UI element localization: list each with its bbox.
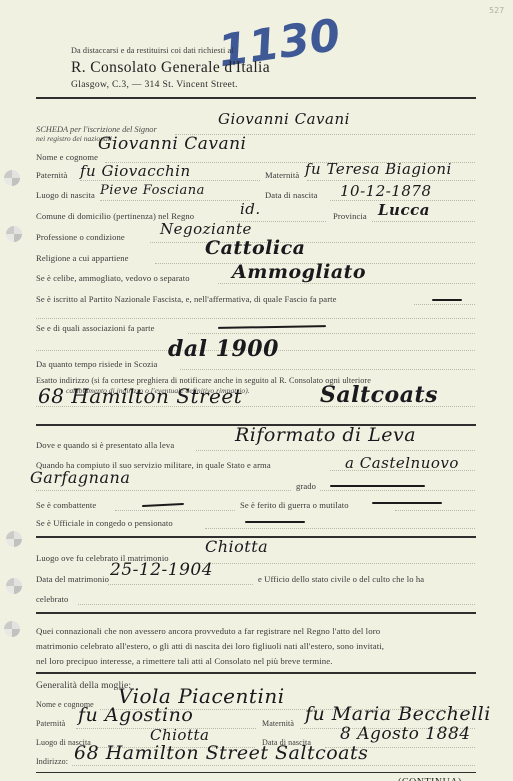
scheda-value: Giovanni Cavani [218,110,350,128]
notice-line-2: matrimonio celebrato all'estero, o gli a… [36,641,384,651]
combattente-value [142,503,184,508]
moglie-maternita-value: fu Maria Becchelli [305,703,491,725]
punch-hole [6,226,22,242]
paternita-value: fu Giovacchin [80,162,191,180]
moglie-maternita-label: Maternità [262,719,294,728]
punch-hole [6,578,22,594]
partito-label: Se è iscritto al Partito Nazionale Fasci… [36,294,337,304]
moglie-indirizzo-label: Indirizzo: [36,757,68,766]
ufficiale-value [245,521,305,523]
partito-value [432,299,462,301]
continua-label: (CONTINUA) [398,777,462,781]
maternita-value: fu Teresa Biagioni [305,160,452,178]
moglie-heading: Generalità della moglie: [36,680,131,691]
section-divider [36,672,476,674]
luogo-matrimonio-value: Chiotta [205,537,268,556]
provincia-label: Provincia [333,211,367,221]
indirizzo-city-value: Saltcoats [320,382,438,408]
data-matrimonio-label: Data del matrimonio [36,574,109,584]
paternita-label: Paternità [36,170,67,180]
scheda-label: SCHEDA per l'iscrizione del Signor [36,125,157,134]
punch-hole [4,170,20,186]
luogo-nascita-value: Pieve Fosciana [100,183,205,198]
nome-cognome-value: Giovanni Cavani [98,134,247,154]
residenza-value: dal 1900 [168,336,279,362]
moglie-indirizzo-value: 68 Hamilton Street Saltcoats [74,742,368,764]
religione-value: Cattolica [205,237,305,259]
ufficio-label: e Ufficio dello stato civile o del culto… [258,574,424,584]
data-matrimonio-value: 25-12-1904 [110,560,213,580]
grado-value [330,485,425,487]
ufficiale-label: Se è Ufficiale in congedo o pensionato [36,518,173,528]
leva-label: Dove e quando si è presentato alla leva [36,440,174,450]
ferito-value [372,502,442,504]
section-divider [36,772,476,773]
professione-label: Professione o condizione [36,232,125,242]
professione-value: Negoziante [160,220,252,238]
moglie-paternita-label: Paternità [36,719,65,728]
consulate-address: Glasgow, C.3, — 314 St. Vincent Street. [71,79,238,90]
luogo-nascita-label: Luogo di nascita [36,190,95,200]
notice-line-3: nel loro precipuo interesse, a rimettere… [36,656,333,666]
comune-value: id. [240,200,261,218]
grado-label: grado [296,481,316,491]
religione-label: Religione a cui appartiene [36,253,129,263]
data-nascita-label: Data di nascita [265,190,318,200]
maternita-label: Maternità [265,170,299,180]
header-instruction: Da distaccarsi e da restituirsi coi dati… [71,46,234,55]
punch-hole [6,531,22,547]
header-divider [36,97,476,99]
residenza-label: Da quanto tempo risiede in Scozia [36,359,157,369]
ferito-label: Se è ferito di guerra o mutilato [240,500,349,510]
moglie-data-nascita-value: 8 Agosto 1884 [340,724,471,744]
stato-civile-label: Se è celibe, ammogliato, vedovo o separa… [36,273,190,283]
nome-cognome-label: Nome e cognome [36,152,98,162]
celebrato-label: celebrato [36,594,68,604]
combattente-label: Se è combattente [36,500,96,510]
associazioni-value [218,325,326,328]
servizio-value-line2: Garfagnana [30,468,130,487]
notice-line-1: Quei connazionali che non avessero ancor… [36,626,380,636]
provincia-value: Lucca [378,201,430,219]
servizio-value-line1: a Castelnuovo [345,454,459,472]
data-nascita-value: 10-12-1878 [340,182,431,200]
indirizzo-street-value: 68 Hamilton Street [38,384,242,408]
punch-hole [4,621,20,637]
registration-card: 527 1130 Da distaccarsi e da restituirsi… [0,0,513,781]
consulate-name: R. Consolato Generale d'Italia [71,59,270,77]
moglie-paternita-value: fu Agostino [78,704,193,726]
associazioni-label: Se e di quali associazioni fa parte [36,323,155,333]
leva-value: Riformato di Leva [235,424,416,446]
page-number: 527 [489,6,504,15]
stato-civile-value: Ammogliato [232,261,366,283]
section-divider [36,612,476,614]
